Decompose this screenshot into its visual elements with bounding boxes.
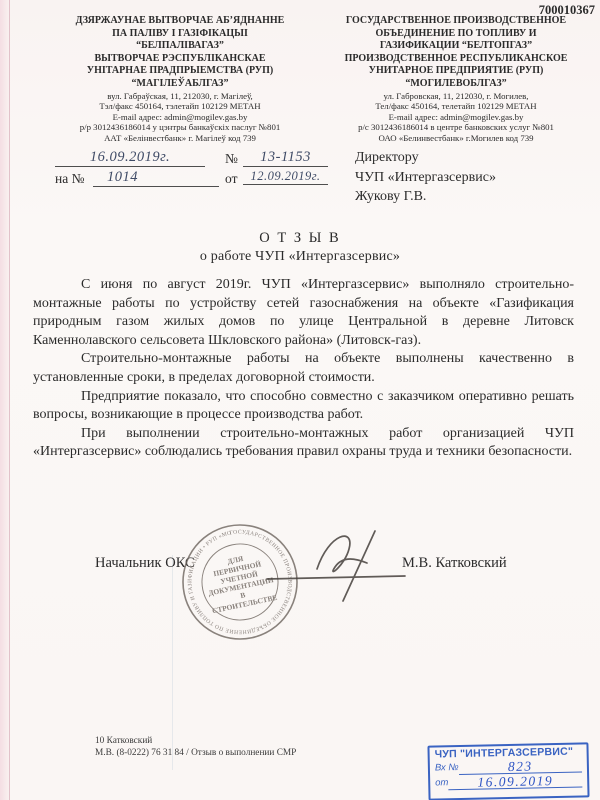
- body-paragraph: С июня по август 2019г. ЧУП «Интергазсер…: [33, 276, 574, 350]
- org-addr-line: E-mail адрес: admin@mogilev.gas.by: [320, 112, 592, 123]
- org-addr-line: р/р 3012436186014 у цэнтры банкаўскіх па…: [46, 122, 314, 133]
- ref-in-label: на №: [55, 171, 84, 187]
- org-name-line: ПА ПАЛІВУ І ГАЗІФІКАЦЫІ: [46, 28, 314, 41]
- org-name-line: ГАЗИФИКАЦИИ “БЕЛТОПГАЗ”: [320, 40, 592, 53]
- org-name-line: “БЕЛПАЛІВАГАЗ”: [46, 40, 314, 53]
- ref-out-date: 16.09.2019г.: [55, 149, 205, 167]
- org-addr-line: р/с 3012436186014 в центре банковских ус…: [320, 122, 592, 133]
- doc-title: О Т З Ы В: [0, 230, 600, 247]
- footer-executor: 10 Катковский: [95, 736, 296, 748]
- org-name-line: ДЗЯРЖАУНАЕ ВЫТВОРЧАЕ АБ’ЯДНАННЕ: [46, 15, 314, 28]
- org-name-line: “МАГІЛЕЎАБЛГАЗ”: [46, 78, 314, 91]
- scan-left-edge: [0, 0, 10, 800]
- footer-contact: М.В. (8-0222) 76 31 84 / Отзыв о выполне…: [95, 748, 296, 760]
- addressee-line: Директору: [355, 148, 496, 168]
- ref-in-date: 12.09.2019г.: [243, 169, 328, 185]
- addressee-line: Жукову Г.В.: [355, 187, 496, 207]
- doc-subtitle: о работе ЧУП «Интергазсервис»: [0, 249, 600, 265]
- incoming-stamp-in-date: 16.09.2019: [448, 773, 582, 790]
- incoming-stamp-from-label: от: [435, 775, 449, 790]
- letter-body: С июня по август 2019г. ЧУП «Интергазсер…: [33, 276, 574, 462]
- incoming-stamp: ЧУП "ИНТЕРГАЗСЕРВИС" Вх № 823 от 16.09.2…: [427, 742, 589, 800]
- org-name-line: “МОГИЛЕВОБЛГАЗ”: [320, 78, 592, 91]
- signature-scribble: [255, 523, 415, 608]
- org-addr-line: Тэл/факс 450164, тэлетайп 102129 МЕТАН: [46, 101, 314, 112]
- letterhead-right: ГОСУДАРСТВЕННОЕ ПРОИЗВОДСТВЕННОЕ ОБЪЕДИН…: [320, 15, 592, 144]
- org-name-line: ОБЪЕДИНЕНИЕ ПО ТОПЛИВУ И: [320, 28, 592, 41]
- org-name-line: ГОСУДАРСТВЕННОЕ ПРОИЗВОДСТВЕННОЕ: [320, 15, 592, 28]
- org-name-line: УНІТАРНАЕ ПРАДПРЫЕМСТВА (РУП): [46, 65, 314, 78]
- org-name-line: УНИТАРНОЕ ПРЕДПРИЯТИЕ (РУП): [320, 65, 592, 78]
- org-addr-line: ААТ «Белінвестбанк» г. Магілеў код 739: [46, 133, 314, 144]
- addressee-line: ЧУП «Интергазсервис»: [355, 168, 496, 188]
- org-addr-line: Тел/факс 450164, телетайп 102129 МЕТАН: [320, 101, 592, 112]
- org-addr-line: вул. Габраўская, 11, 212030, г. Магілеў,: [46, 91, 314, 102]
- incoming-stamp-in-label: Вх №: [435, 760, 459, 775]
- letterhead-left: ДЗЯРЖАУНАЕ ВЫТВОРЧАЕ АБ’ЯДНАННЕ ПА ПАЛІВ…: [46, 15, 314, 144]
- body-paragraph: Строительно-монтажные работы на объекте …: [33, 350, 574, 387]
- ref-from-label: от: [225, 171, 237, 187]
- footer-block: 10 Катковский М.В. (8-0222) 76 31 84 / О…: [95, 736, 296, 759]
- signer-name: М.В. Катковский: [402, 555, 507, 572]
- ref-in-no: 1014: [93, 169, 219, 187]
- org-addr-line: E-mail адрес: admin@mogilev.gas.by: [46, 112, 314, 123]
- org-addr-line: ОАО «Белинвестбанк» г.Могилев код 739: [320, 133, 592, 144]
- body-paragraph: Предприятие показало, что способно совме…: [33, 388, 574, 425]
- addressee-block: Директору ЧУП «Интергазсервис» Жукову Г.…: [355, 148, 496, 207]
- scanned-letter-page: 700010367 ДЗЯРЖАУНАЕ ВЫТВОРЧАЕ АБ’ЯДНАНН…: [0, 0, 600, 800]
- incoming-stamp-in-no: 823: [458, 758, 582, 775]
- ref-out-no: 13-1153: [243, 149, 328, 167]
- body-paragraph: При выполнении строительно-монтажных раб…: [33, 425, 574, 462]
- ref-no-label: №: [225, 151, 238, 167]
- org-name-line: ПРОИЗВОДСТВЕННОЕ РЕСПУБЛИКАНСКОЕ: [320, 53, 592, 66]
- org-name-line: ВЫТВОРЧАЕ РЭСПУБЛІКАНСКАЕ: [46, 53, 314, 66]
- org-addr-line: ул. Габровская, 11, 212030, г. Могилев,: [320, 91, 592, 102]
